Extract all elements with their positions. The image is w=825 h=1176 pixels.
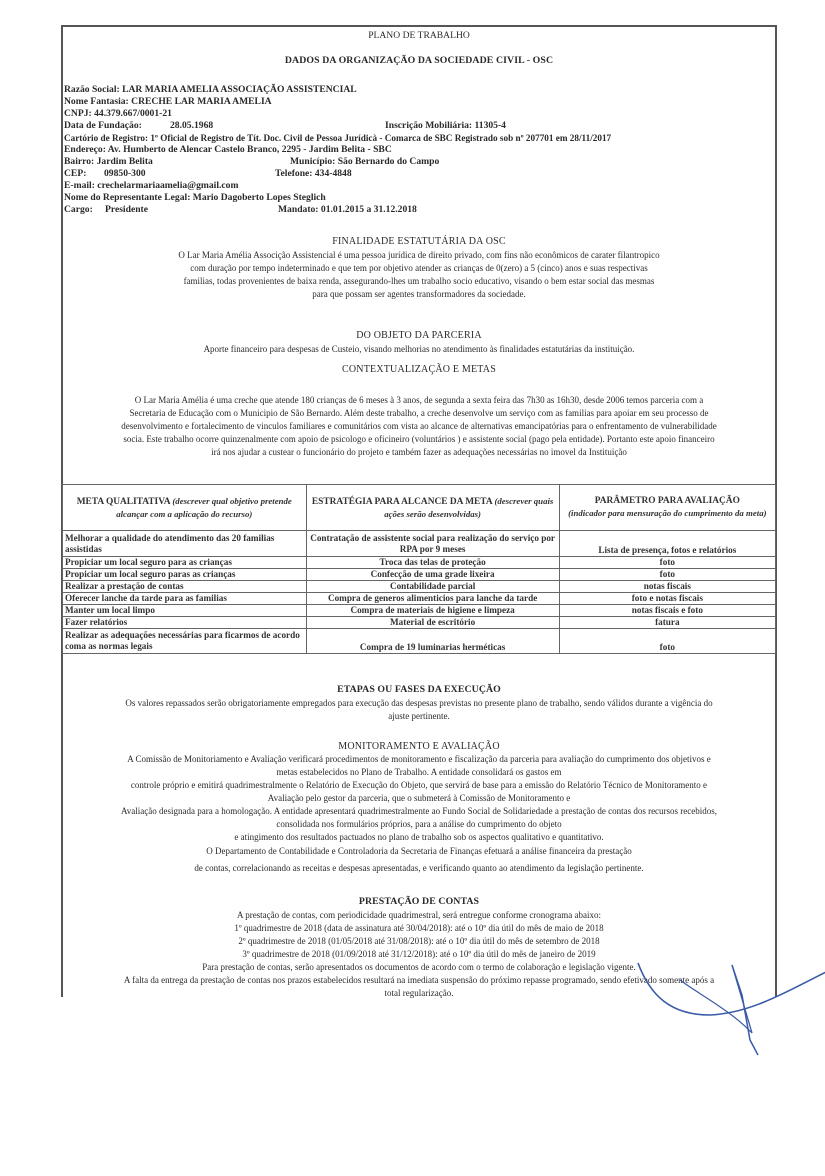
cep: 09850-300 [104,168,146,180]
document-title: PLANO DE TRABALHO [63,30,775,42]
metas-table: META QUALITATIVA (descrever qual objetiv… [62,484,776,654]
cargo-label: Cargo: [64,204,93,216]
signature-icon [630,955,825,1115]
etapas-heading: ETAPAS OU FASES DA EXECUÇÃO [63,684,775,696]
etapas-line: ajuste pertinente. [63,710,775,722]
parametro-cell: Lista de presença, fotos e relatórios [559,531,775,557]
table-row: Propiciar um local seguro para as crianç… [63,557,776,569]
monitoramento-line: e atingimento dos resultados pactuados n… [63,831,775,843]
meta-cell: Realizar as adequações necessárias para … [63,629,307,654]
bairro: Bairro: Jardim Belita [64,156,153,168]
header-parametro: PARÂMETRO PARA AVALIAÇÃO (indicador para… [559,485,775,531]
contextualizacao-line: O Lar Maria Amélia é uma creche que aten… [63,394,775,406]
prestacao-heading: PRESTAÇÃO DE CONTAS [63,896,775,908]
header-estrategia: ESTRATÉGIA PARA ALCANCE DA META (descrev… [306,485,559,531]
email: E-mail: crechelarmariaamelia@gmail.com [64,180,238,192]
parametro-cell: fatura [559,617,775,629]
inscricao-mobiliaria: Inscrição Mobiliária: 11305-4 [385,120,506,132]
data-fundacao-label: Data de Fundação: [64,120,142,132]
razao-social: Razão Social: LAR MARIA AMELIA ASSOCIAÇÃ… [64,84,357,96]
estrategia-cell: Troca das telas de proteção [306,557,559,569]
prestacao-line: 1º quadrimestre de 2018 (data de assinat… [63,922,775,934]
contextualizacao-line: socia. Este trabalho ocorre quinzenalmen… [63,433,775,445]
table-row: Manter um local limpo Compra de materiai… [63,605,776,617]
monitoramento-line: consolidada nos formulários próprios, pa… [63,818,775,830]
table-row: Realizar a prestação de contas Contabili… [63,581,776,593]
finalidade-line: O Lar Maria Amélia Associção Assistencia… [63,249,775,261]
monitoramento-line: A Comissão de Monitoriamento e Avaliação… [63,753,775,765]
estrategia-cell: Contratação de assistente social para re… [306,531,559,557]
finalidade-line: familias, todas provenientes de baixa re… [63,275,775,287]
nome-fantasia: Nome Fantasia: CRECHE LAR MARIA AMELIA [64,96,272,108]
municipio: Município: São Bernardo do Campo [290,156,439,168]
representante-legal: Nome do Representante Legal: Mario Dagob… [64,192,326,204]
contextualizacao-line: irá nos ajudar a custear o funcionário d… [63,446,775,458]
estrategia-cell: Material de escritório [306,617,559,629]
estrategia-cell: Confecção de uma grade lixeira [306,569,559,581]
estrategia-cell: Compra de 19 luminarias herméticas [306,629,559,654]
parametro-cell: notas fiscais e foto [559,605,775,617]
parametro-cell: foto [559,629,775,654]
contextualizacao-heading: CONTEXTUALIZAÇÃO E METAS [63,364,775,376]
meta-cell: Realizar a prestação de contas [63,581,307,593]
contextualizacao-line: desenvolvimento e fortalecimento de vinc… [63,420,775,432]
meta-cell: Manter um local limpo [63,605,307,617]
telefone: Telefone: 434-4848 [275,168,352,180]
header-meta-qualitativa: META QUALITATIVA (descrever qual objetiv… [63,485,307,531]
cnpj: CNPJ: 44.379.667/0001-21 [64,108,172,120]
estrategia-cell: Contabilidade parcial [306,581,559,593]
monitoramento-line: de contas, correlacionando as receitas e… [63,862,775,874]
estrategia-cell: Compra de materiais de higiene e limpeza [306,605,559,617]
parametro-cell: notas fiscais [559,581,775,593]
parametro-cell: foto [559,569,775,581]
prestacao-line: 2º quadrimestre de 2018 (01/05/2018 até … [63,935,775,947]
finalidade-line: para que possam ser agentes transformado… [63,288,775,300]
contextualizacao-line: Secretaria de Educação com o Municipio d… [63,407,775,419]
data-fundacao: 28.05.1968 [170,120,213,132]
monitoramento-line: Avaliação designada para a homologação. … [63,805,775,817]
endereco: Endereço: Av. Humberto de Alencar Castel… [64,144,392,156]
meta-cell: Propiciar um local seguro paras as crian… [63,569,307,581]
monitoramento-heading: MONITORAMENTO E AVALIAÇÃO [63,741,775,753]
table-row: Realizar as adequações necessárias para … [63,629,776,654]
etapas-line: Os valores repassados serão obrigatoriam… [63,697,775,709]
estrategia-cell: Compra de generos alimenticios para lanc… [306,593,559,605]
table-row: Fazer relatórios Material de escritório … [63,617,776,629]
cep-label: CEP: [64,168,86,180]
table-header-row: META QUALITATIVA (descrever qual objetiv… [63,485,776,531]
meta-cell: Propiciar um local seguro para as crianç… [63,557,307,569]
objeto-heading: DO OBJETO DA PARCERIA [63,330,775,342]
monitoramento-line: metas estabelecidos no Plano de Trabalho… [63,766,775,778]
parametro-cell: foto [559,557,775,569]
monitoramento-line: Avaliação pelo gestor da parceria, que o… [63,792,775,804]
meta-cell: Melhorar a qualidade do atendimento das … [63,531,307,557]
finalidade-heading: FINALIDADE ESTATUTÁRIA DA OSC [63,236,775,248]
prestacao-line: A prestação de contas, com periodicidade… [63,909,775,921]
table-row: Oferecer lanche da tarde para as familia… [63,593,776,605]
monitoramento-line: controle próprio e emitirá quadrimestral… [63,779,775,791]
meta-cell: Fazer relatórios [63,617,307,629]
table-row: Propiciar um local seguro paras as crian… [63,569,776,581]
cargo: Presidente [105,204,148,216]
finalidade-line: com duração por tempo indeterminado e qu… [63,262,775,274]
section-heading-osc: DADOS DA ORGANIZAÇÃO DA SOCIEDADE CIVIL … [63,55,775,67]
cartorio-registro: Cartório de Registro: 1º Oficial de Regi… [64,132,611,144]
objeto-text: Aporte financeiro para despesas de Custe… [63,343,775,355]
monitoramento-line: O Departamento de Contabilidade e Contro… [63,845,775,857]
parametro-cell: foto e notas fiscais [559,593,775,605]
meta-cell: Oferecer lanche da tarde para as familia… [63,593,307,605]
table-row: Melhorar a qualidade do atendimento das … [63,531,776,557]
mandato: Mandato: 01.01.2015 a 31.12.2018 [278,204,417,216]
